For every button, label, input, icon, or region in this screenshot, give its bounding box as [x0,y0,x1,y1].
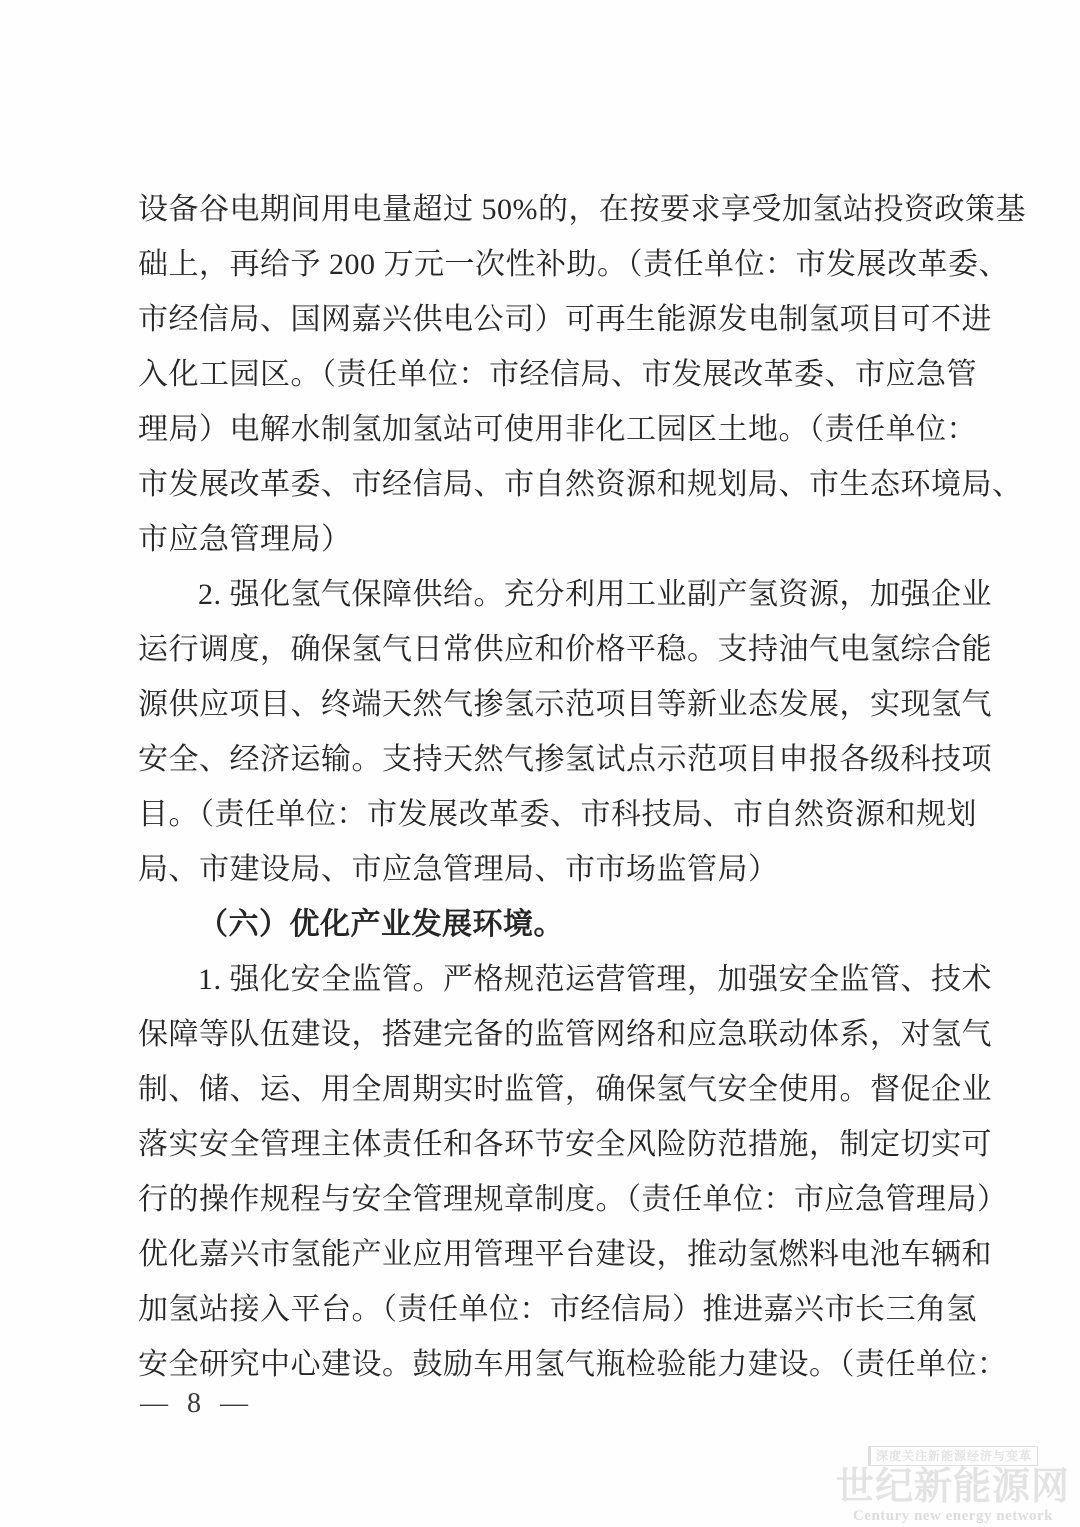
doc-line: 保障等队伍建设，搭建完备的监管网络和应急联动体系，对氢气 [138,1007,946,1062]
document-page: 设备谷电期间用电量超过 50%的，在按要求享受加氢站投资政策基 础上，再给予 2… [0,0,1080,1527]
doc-line: 市应急管理局） [138,512,946,567]
doc-line: 理局）电解水制氢加氢站可使用非化工园区土地。（责任单位： [138,402,946,457]
doc-line: 安全研究中心建设。鼓励车用氢气瓶检验能力建设。（责任单位： [138,1337,946,1392]
doc-line: 优化嘉兴市氢能产业应用管理平台建设，推动氢燃料电池车辆和 [138,1227,946,1282]
doc-line: 市发展改革委、市经信局、市自然资源和规划局、市生态环境局、 [138,457,946,512]
doc-line: 局、市建设局、市应急管理局、市市场监管局） [138,842,946,897]
doc-line: 市经信局、国网嘉兴供电公司）可再生能源发电制氢项目可不进 [138,292,946,347]
doc-line: 安全、经济运输。支持天然气掺氢试点示范项目申报各级科技项 [138,732,946,787]
section-heading: （六）优化产业发展环境。 [138,897,946,952]
doc-line: 制、储、运、用全周期实时监管，确保氢气安全使用。督促企业 [138,1062,946,1117]
doc-line: 目。（责任单位：市发展改革委、市科技局、市自然资源和规划 [138,787,946,842]
watermark-slogan: 深度关注新能源经济与变革 [868,1446,1038,1466]
doc-line: 落实安全管理主体责任和各环节安全风险防范措施，制定切实可 [138,1117,946,1172]
doc-line: 设备谷电期间用电量超过 50%的，在按要求享受加氢站投资政策基 [138,182,946,237]
doc-line: 础上，再给予 200 万元一次性补助。（责任单位：市发展改革委、 [138,237,946,292]
doc-line: 源供应项目、终端天然气掺氢示范项目等新业态发展，实现氢气 [138,677,946,732]
doc-line-item-2-lead: 2. 强化氢气保障供给。充分利用工业副产氢资源，加强企业 [138,567,946,622]
doc-line: 加氢站接入平台。（责任单位：市经信局）推进嘉兴市长三角氢 [138,1282,946,1337]
document-body: 设备谷电期间用电量超过 50%的，在按要求享受加氢站投资政策基 础上，再给予 2… [138,182,946,1392]
doc-line: 入化工园区。（责任单位：市经信局、市发展改革委、市应急管 [138,347,946,402]
doc-line: 运行调度，确保氢气日常供应和价格平稳。支持油气电氢综合能 [138,622,946,677]
doc-line: 行的操作规程与安全管理规章制度。（责任单位：市应急管理局） [138,1172,946,1227]
watermark-brand: 世纪新能源网 [832,1466,1074,1508]
watermark: 深度关注新能源经济与变革 世纪新能源网 Century new energy n… [832,1446,1074,1525]
page-number: — 8 — [140,1388,254,1420]
watermark-slogan-box: 深度关注新能源经济与变革 [832,1446,1074,1466]
doc-line-item-1-lead: 1. 强化安全监管。严格规范运营管理，加强安全监管、技术 [138,952,946,1007]
watermark-brand-english: Century new energy network [832,1508,1074,1525]
